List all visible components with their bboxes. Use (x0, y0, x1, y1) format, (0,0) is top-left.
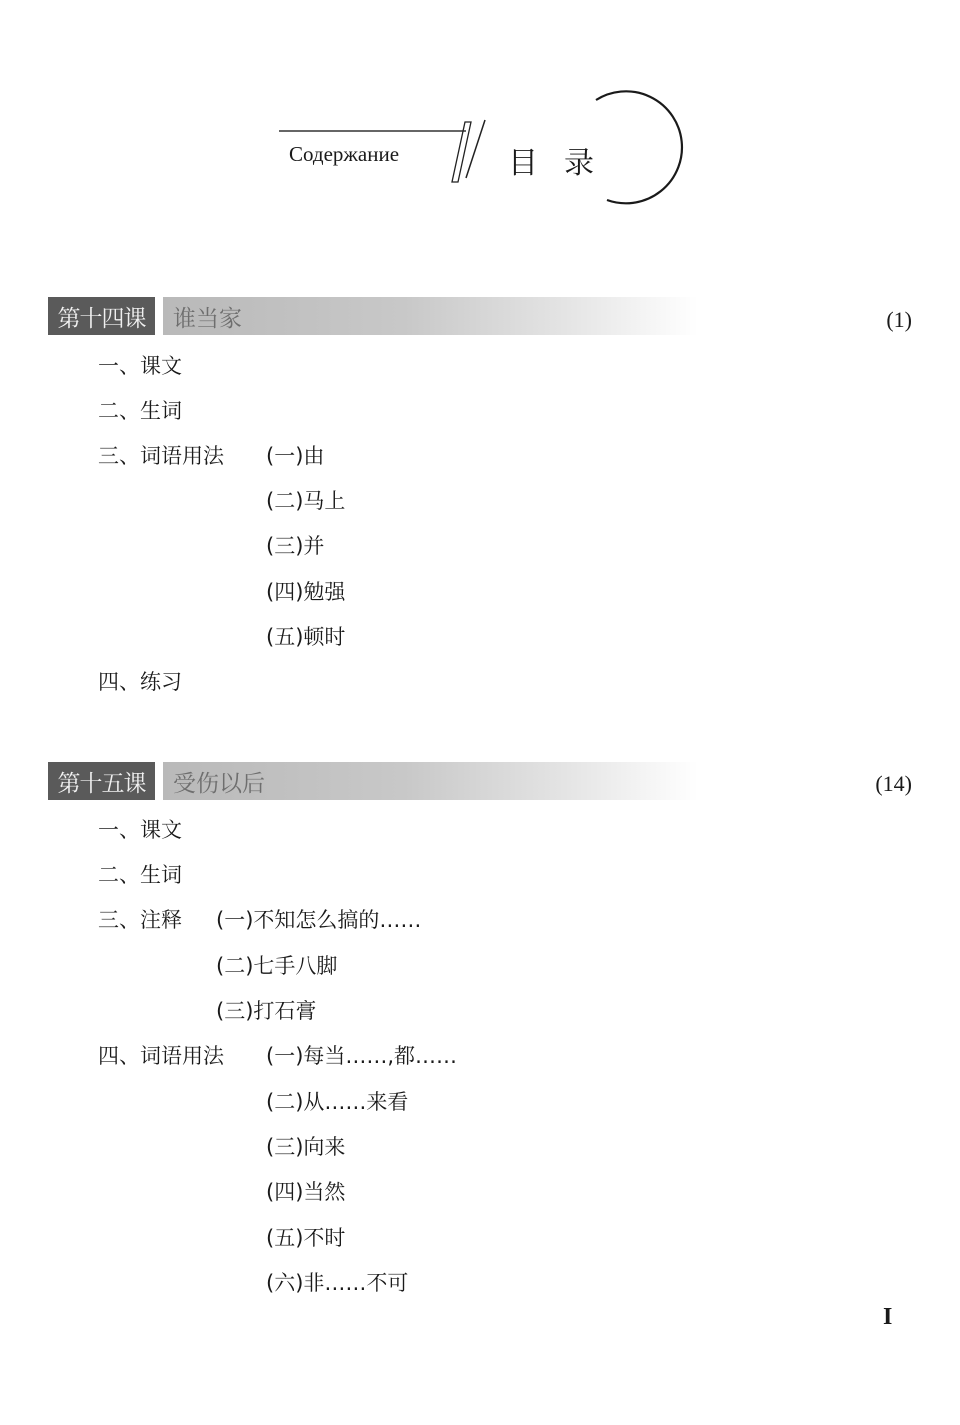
toc-title-chinese: 目录 (508, 138, 620, 182)
toc-title-russian: Содержание (289, 142, 399, 167)
lesson-heading[interactable]: 第十五课 受伤以后 (48, 762, 698, 800)
toc-subitem[interactable]: (二)马上 (266, 485, 345, 515)
toc-header: Содержание 目录 (0, 0, 960, 240)
lesson-title: 谁当家 (163, 297, 698, 335)
toc-subitem[interactable]: (一)由 (266, 440, 324, 470)
lesson-title: 受伤以后 (163, 762, 698, 800)
toc-subitem[interactable]: (四)当然 (266, 1176, 345, 1206)
toc-subitem[interactable]: (四)勉强 (266, 576, 345, 606)
toc-section[interactable]: 一、课文 (98, 814, 182, 844)
toc-section[interactable]: 二、生词 (98, 395, 182, 425)
page-number: I (883, 1304, 892, 1331)
toc-section[interactable]: 四、练习 (98, 666, 182, 696)
toc-section[interactable]: 二、生词 (98, 859, 182, 889)
toc-subitem[interactable]: (二)七手八脚 (216, 950, 337, 980)
header-decoration-icon (0, 0, 960, 240)
toc-section[interactable]: 四、词语用法 (98, 1040, 224, 1070)
toc-subitem[interactable]: (三)打石膏 (216, 995, 316, 1025)
lesson-page-number: (1) (886, 307, 912, 333)
toc-subitem[interactable]: (三)并 (266, 530, 324, 560)
lesson-number: 第十五课 (48, 762, 155, 800)
toc-section[interactable]: 一、课文 (98, 350, 182, 380)
toc-subitem[interactable]: (六)非……不可 (266, 1267, 408, 1297)
toc-subitem[interactable]: (一)不知怎么搞的…… (216, 904, 421, 934)
toc-subitem[interactable]: (五)不时 (266, 1222, 345, 1252)
toc-section[interactable]: 三、注释 (98, 904, 182, 934)
toc-subitem[interactable]: (三)向来 (266, 1131, 345, 1161)
lesson-heading[interactable]: 第十四课 谁当家 (48, 297, 698, 335)
toc-section[interactable]: 三、词语用法 (98, 440, 224, 470)
toc-subitem[interactable]: (二)从……来看 (266, 1086, 408, 1116)
toc-subitem[interactable]: (五)顿时 (266, 621, 345, 651)
toc-subitem[interactable]: (一)每当……,都…… (266, 1040, 457, 1070)
lesson-number: 第十四课 (48, 297, 155, 335)
lesson-page-number: (14) (875, 771, 912, 797)
